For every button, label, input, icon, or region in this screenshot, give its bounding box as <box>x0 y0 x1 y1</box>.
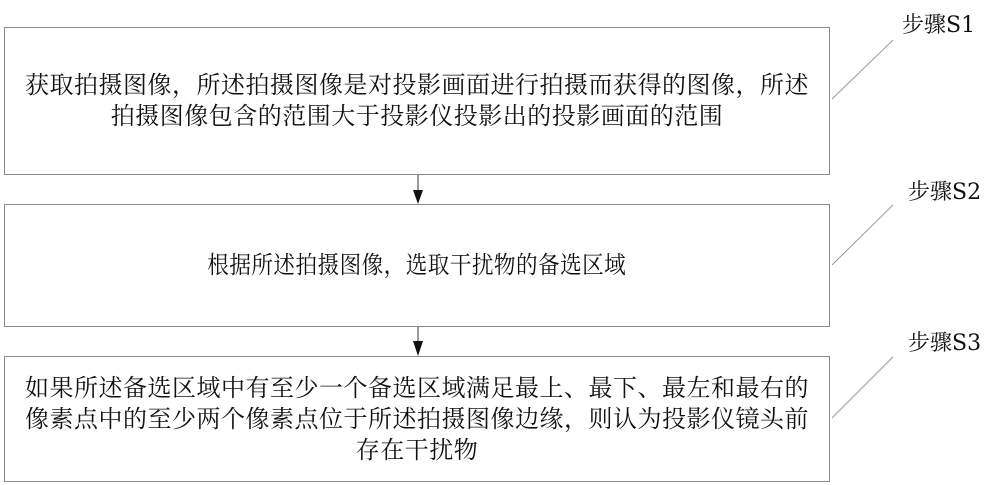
step-s2-label: 步骤S2 <box>908 175 981 206</box>
leader-line-s3 <box>832 357 893 418</box>
step-s2-text: 根据所述拍摄图像，选取干扰物的备选区域 <box>195 250 639 281</box>
arrow-s2-to-s3 <box>413 327 423 356</box>
step-s1-label: 步骤S1 <box>902 8 975 39</box>
step-s2-box: 根据所述拍摄图像，选取干扰物的备选区域 <box>4 204 830 327</box>
leader-line-s2 <box>832 205 893 265</box>
step-s3-text: 如果所述备选区域中有至少一个备选区域满足最上、最下、最左和最右的像素点中的至少两… <box>5 373 829 466</box>
step-s1-box: 获取拍摄图像，所述拍摄图像是对投影画面进行拍摄而获得的图像，所述拍摄图像包含的范… <box>4 27 830 175</box>
leader-line-s1 <box>832 40 893 99</box>
arrow-s1-to-s2 <box>413 175 423 204</box>
step-s1-text: 获取拍摄图像，所述拍摄图像是对投影画面进行拍摄而获得的图像，所述拍摄图像包含的范… <box>5 70 829 132</box>
step-s3-box: 如果所述备选区域中有至少一个备选区域满足最上、最下、最左和最右的像素点中的至少两… <box>4 356 830 482</box>
step-s3-label: 步骤S3 <box>908 326 981 357</box>
